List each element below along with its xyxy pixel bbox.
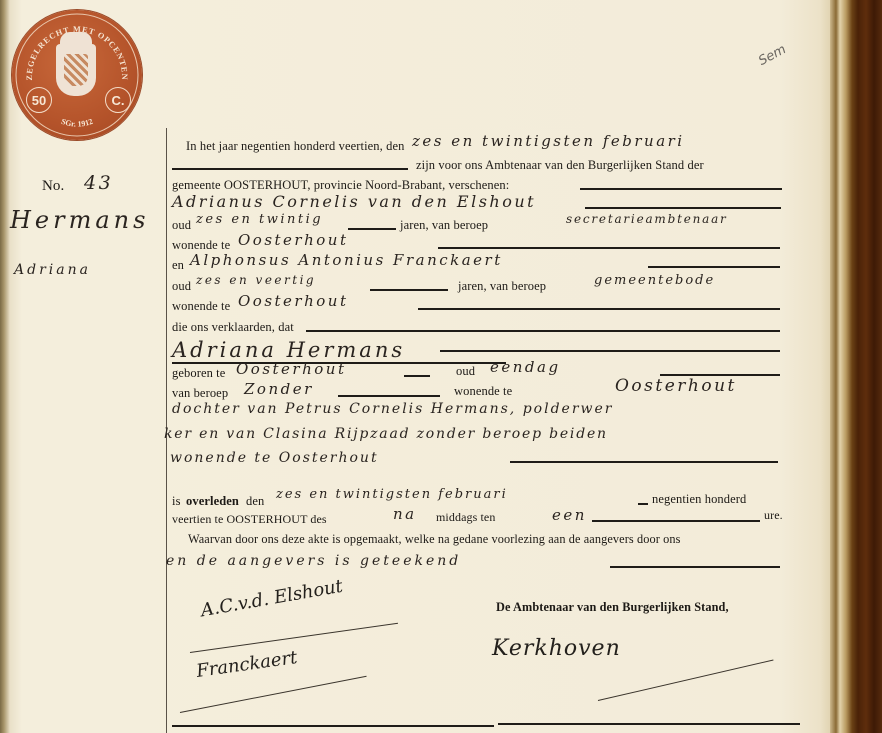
death-year-printed: negentien honderd [652,492,746,507]
parents-line-1: dochter van Petrus Cornelis Hermans, pol… [172,401,613,417]
en-label: en [172,258,184,273]
intro-printed: In het jaar negentien honderd veertien, … [186,139,404,154]
death-ampm: na [393,505,417,523]
fill-rule [440,350,780,352]
declared-label: die ons verklaarden, dat [172,320,294,335]
fill-rule [592,520,760,522]
den-label: den [246,494,264,509]
official-signature: Kerkhoven [492,636,621,661]
registration-date: zes en twintigsten februari [412,132,685,150]
parents-line-2: ker en van Clasina Rijpzaad zonder beroe… [164,426,608,442]
municipality-printed: gemeente OOSTERHOUT, provincie Noord-Bra… [172,178,509,193]
lion-icon [64,54,88,86]
stamp-value: 50 [26,87,52,113]
book-binding-edge [830,0,882,733]
deceased-age: eendag [490,358,561,376]
jaren-label: jaren, van beroep [400,218,488,233]
wonende-label: wonende te [172,299,230,314]
fill-rule [338,395,440,397]
fill-rule [638,503,648,505]
revenue-stamp: ZEGELRECHT MET OPCENTEN SGr. 1912 50 C. [12,10,142,140]
ure-label: ure. [764,508,783,523]
record-number-label: No. [42,178,64,195]
fill-rule [610,566,780,568]
margin-surname: Hermans [10,206,149,234]
witness2-age: zes en veertig [196,273,316,287]
bottom-rule-left [172,725,494,727]
witness1-name: Adrianus Cornelis van den Elshout [172,192,536,211]
fill-rule [348,228,396,230]
occupation-label: van beroep [172,386,228,401]
closing-handwritten: en de aangevers is geteekend [166,553,461,569]
deceased-occupation: Zonder [244,380,314,398]
fill-rule [648,266,780,268]
official-printed: zijn voor ons Ambtenaar van den Burgerli… [416,158,704,173]
bottom-rule-right [498,723,800,725]
witness1-age: zes en twintig [196,212,323,227]
fill-rule [404,375,430,377]
oud-label: oud [456,364,475,379]
witness2-occupation: gemeentebode [594,273,715,288]
fill-rule [580,188,782,190]
witness2-residence: Oosterhout [238,292,348,310]
born-label: geboren te [172,366,225,381]
died-prefix: is [172,494,181,509]
fill-rule [306,330,780,332]
fill-rule [418,308,780,310]
witness2-name: Alphonsus Antonius Franckaert [190,251,503,269]
deceased-residence: Oosterhout [615,376,737,396]
residence-label: wonende te [454,384,512,399]
record-number: 43 [84,172,113,194]
stamp-unit: C. [105,87,131,113]
deceased-name: Adriana Hermans [172,338,405,362]
death-hour: een [552,506,587,524]
closing-printed: Waarvan door ons deze akte is opgemaakt,… [188,532,680,547]
witness1-residence: Oosterhout [238,231,348,249]
fill-rule [172,168,408,170]
parents-line-3: wonende te Oosterhout [170,450,379,466]
died-label: overleden [186,494,239,509]
death-date: zes en twintigsten februari [276,487,508,502]
margin-given-name: Adriana [14,262,91,278]
fill-rule [438,247,780,249]
deceased-birthplace: Oosterhout [236,360,346,378]
fill-rule [585,207,781,209]
official-label: De Ambtenaar van den Burgerlijken Stand, [496,600,729,615]
oud-label: oud [172,218,191,233]
oud-label: oud [172,279,191,294]
witness1-occupation: secretarieambtenaar [566,212,728,226]
fill-rule [510,461,778,463]
middags-label: middags ten [436,510,495,525]
fill-rule [370,289,448,291]
place-printed: veertien te OOSTERHOUT des [172,512,327,527]
jaren-label: jaren, van beroep [458,279,546,294]
svg-text:SGr. 1912: SGr. 1912 [60,117,94,129]
